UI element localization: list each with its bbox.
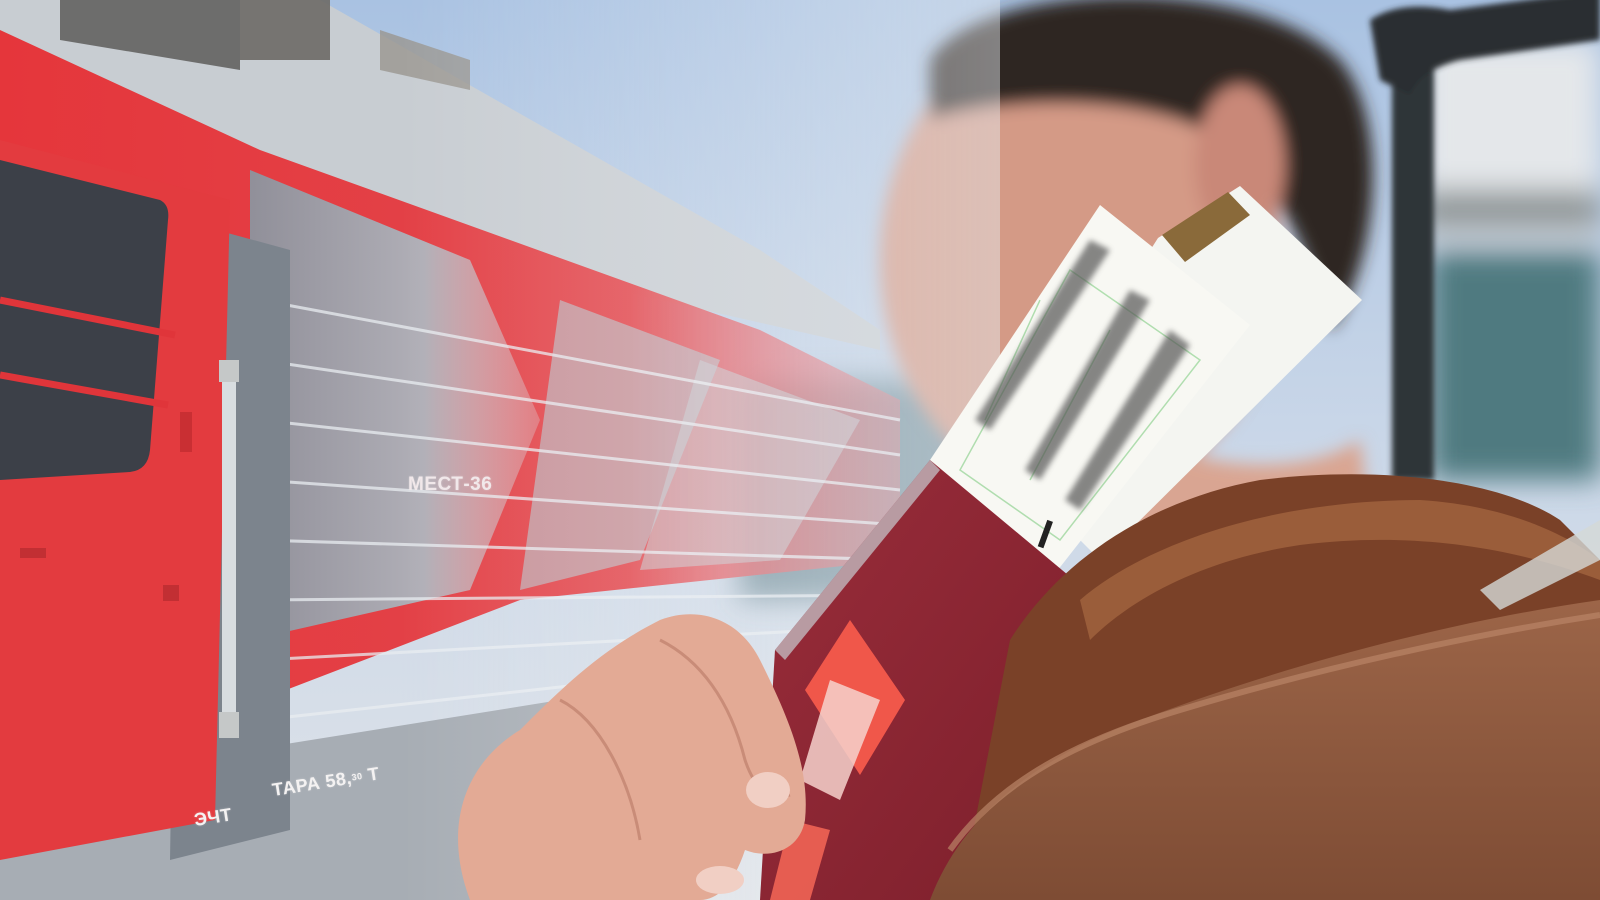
photo-scene: МЕСТ-36 ЭЧТ ТАРА 58,30 Т: [0, 0, 1600, 900]
photo-illustration: [0, 0, 1600, 900]
